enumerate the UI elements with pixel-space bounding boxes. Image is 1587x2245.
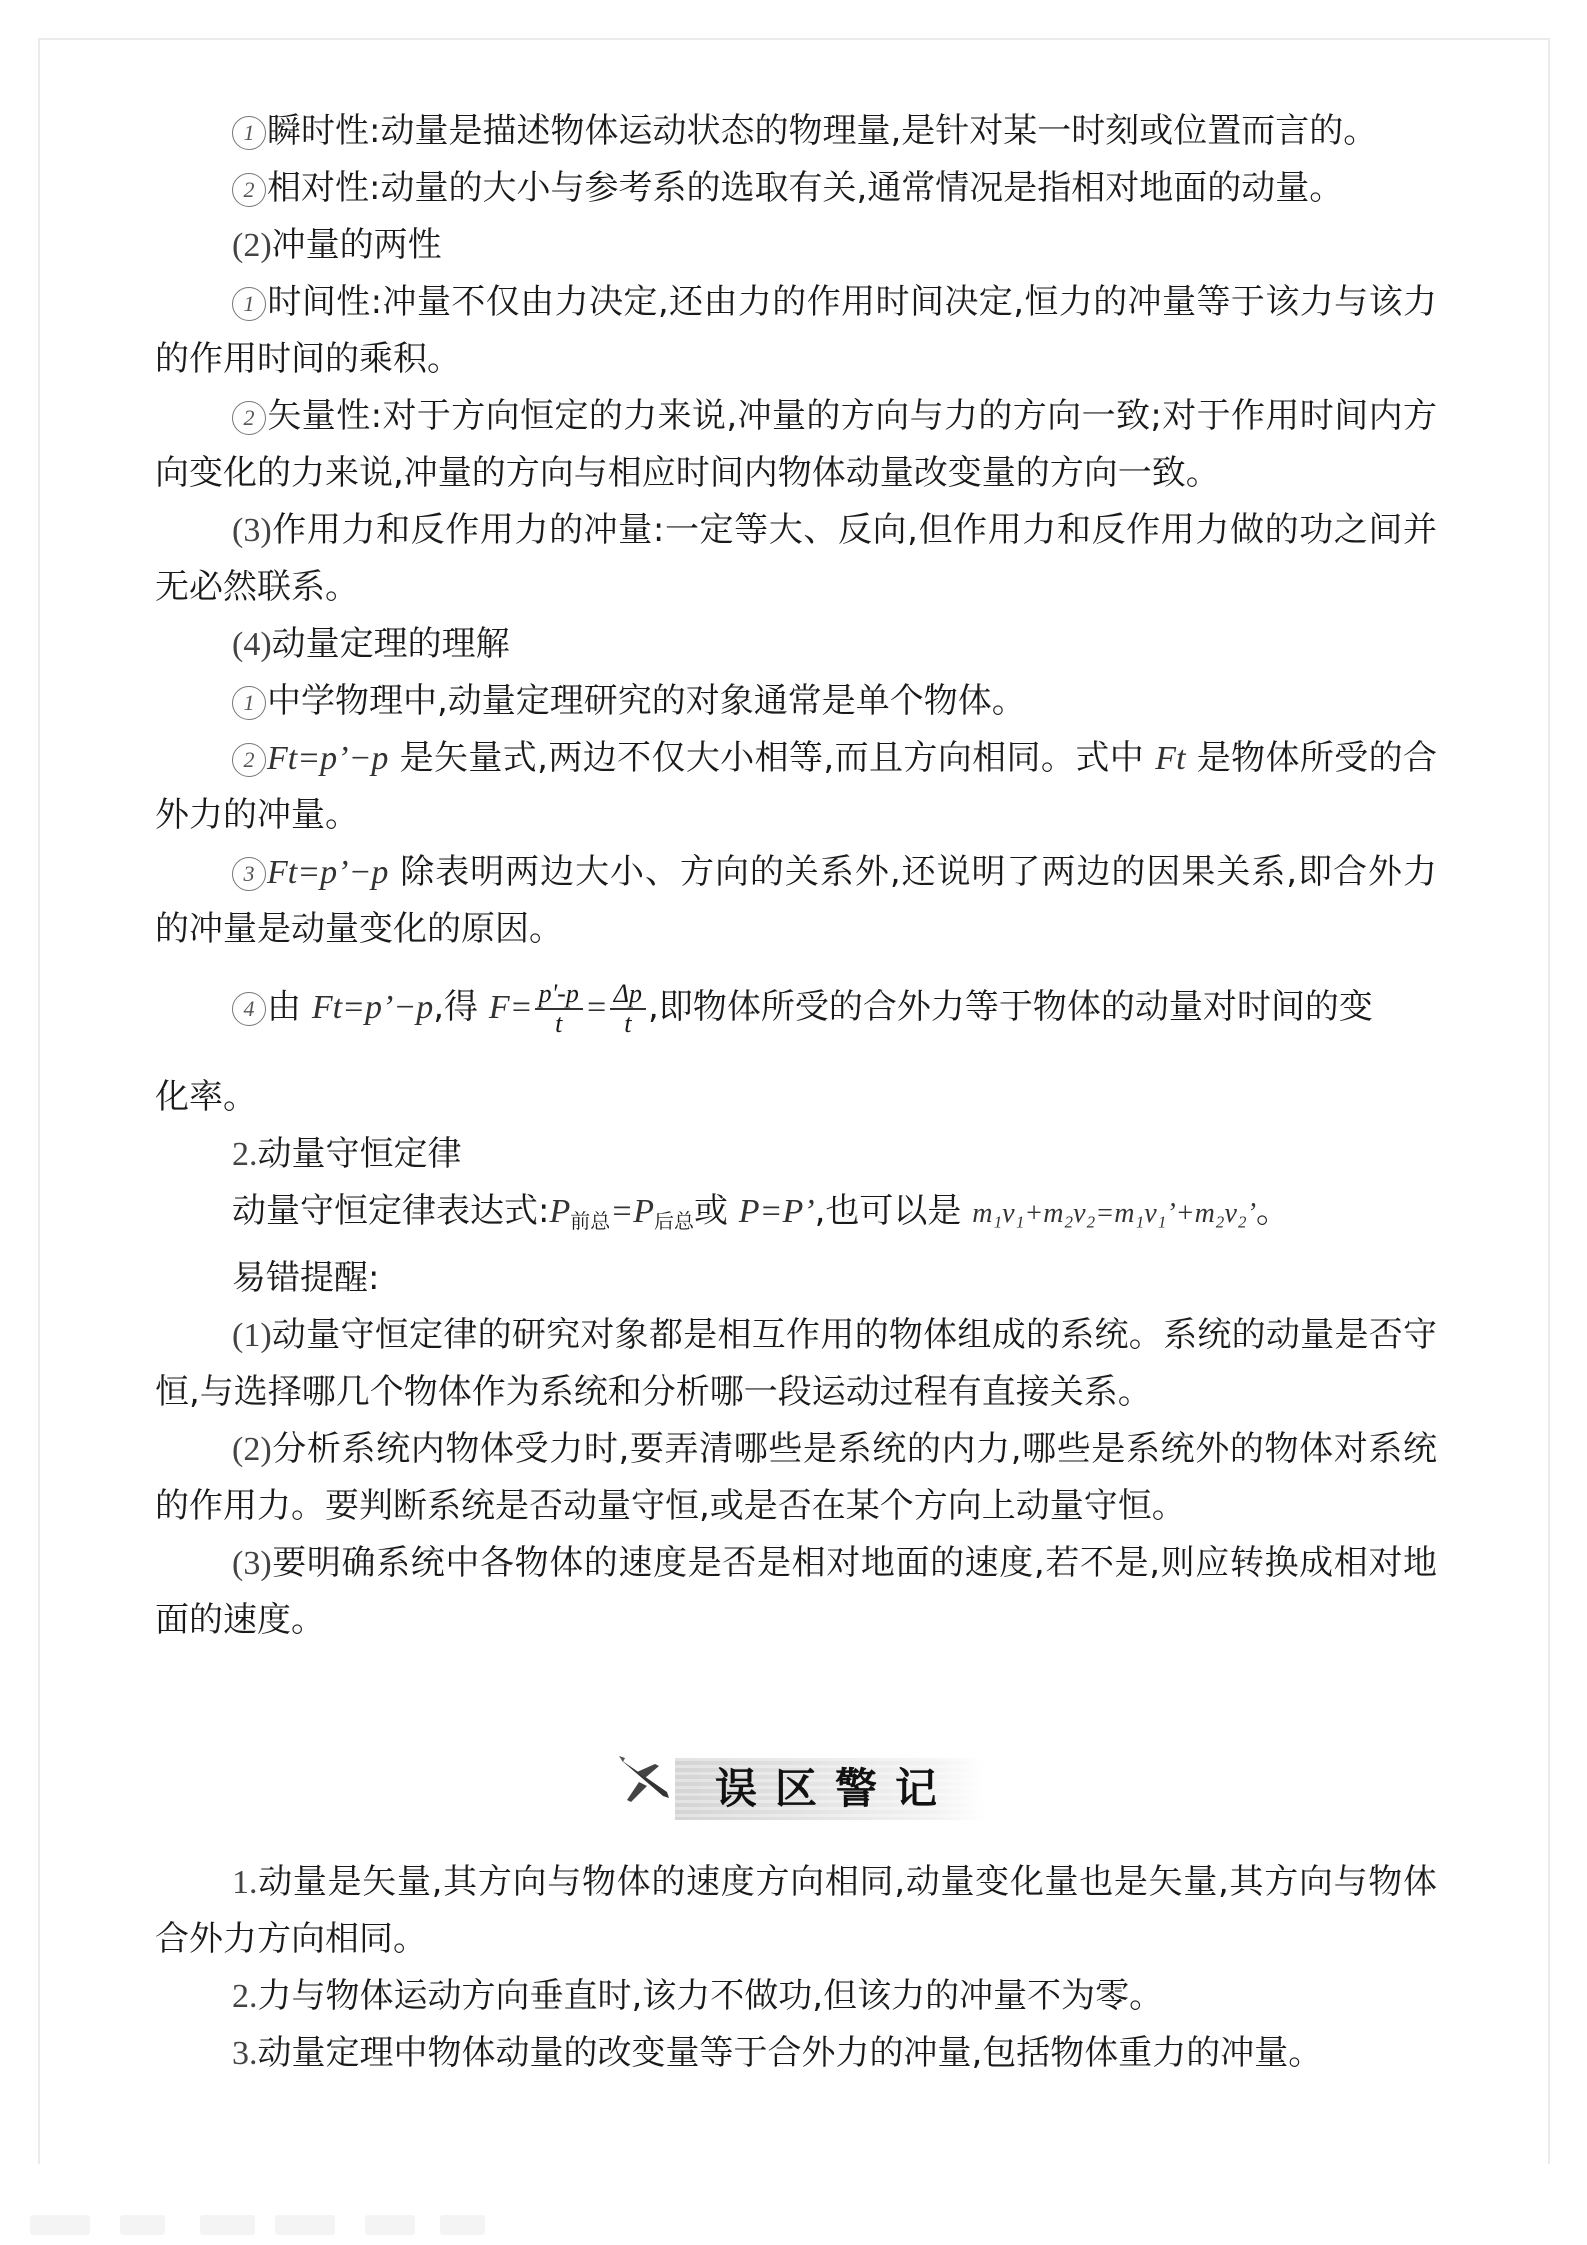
paragraph-conservation-expression: 动量守恒定律表达式:P前总=P后总或 P=P’,也可以是 m₁v₁+m₂v₂=m… bbox=[155, 1183, 1437, 1250]
paragraph-instantaneity: 1瞬时性:动量是描述物体运动状态的物理量,是针对某一时刻或位置而言的。 bbox=[155, 103, 1437, 160]
faded-footer-text bbox=[275, 2215, 335, 2235]
section-banner-mistakes: 误区警记 bbox=[615, 1752, 990, 1824]
document-content: 1瞬时性:动量是描述物体运动状态的物理量,是针对某一时刻或位置而言的。 2相对性… bbox=[155, 100, 1437, 1649]
paragraph-rate-of-change: 4由 Ft=p’−p,得 F=p'-pt=Δpt,即物体所受的合外力等于物体的动… bbox=[155, 972, 1437, 1043]
circled-number-2: 2 bbox=[232, 743, 266, 777]
paragraph-vector-formula: 2Ft=p’−p 是矢量式,两边不仅大小相等,而且方向相同。式中 Ft 是物体所… bbox=[155, 730, 1437, 844]
circled-number-2: 2 bbox=[232, 401, 266, 435]
circled-number-4: 4 bbox=[232, 992, 266, 1026]
paragraph-causality: 3Ft=p’−p 除表明两边大小、方向的关系外,还说明了两边的因果关系,即合外力… bbox=[155, 844, 1437, 958]
mistake-item: 3.动量定理中物体动量的改变量等于合外力的冲量,包括物体重力的冲量。 bbox=[155, 2025, 1437, 2082]
paragraph-rate-of-change-cont: 化率。 bbox=[155, 1069, 1437, 1126]
airplane-icon bbox=[615, 1752, 675, 1812]
fraction: p'-pt bbox=[535, 980, 583, 1038]
formula: Ft=p’−p bbox=[267, 854, 388, 891]
banner-title: 误区警记 bbox=[715, 1758, 955, 1820]
fraction: Δpt bbox=[610, 980, 646, 1038]
faded-footer-text bbox=[440, 2215, 485, 2235]
paragraph-single-object: 1中学物理中,动量定理研究的对象通常是单个物体。 bbox=[155, 673, 1437, 730]
paragraph-system-object: (1)动量守恒定律的研究对象都是相互作用的物体组成的系统。系统的动量是否守恒,与… bbox=[155, 1307, 1437, 1421]
paragraph-action-reaction: (3)作用力和反作用力的冲量:一定等大、反向,但作用力和反作用力做的功之间并无必… bbox=[155, 502, 1437, 616]
paragraph-internal-external-forces: (2)分析系统内物体受力时,要弄清哪些是系统的内力,哪些是系统外的物体对系统的作… bbox=[155, 1421, 1437, 1535]
formula: Ft bbox=[1155, 740, 1185, 777]
paragraph-relative-velocity: (3)要明确系统中各物体的速度是否是相对地面的速度,若不是,则应转换成相对地面的… bbox=[155, 1535, 1437, 1649]
faded-footer-text bbox=[30, 2215, 90, 2235]
paragraph-relativity: 2相对性:动量的大小与参考系的选取有关,通常情况是指相对地面的动量。 bbox=[155, 160, 1437, 217]
heading-common-mistakes: 易错提醒: bbox=[155, 1250, 1437, 1307]
heading-conservation-law: 2.动量守恒定律 bbox=[155, 1126, 1437, 1183]
faded-footer-text bbox=[200, 2215, 255, 2235]
circled-number-1: 1 bbox=[232, 116, 266, 150]
circled-number-1: 1 bbox=[232, 686, 266, 720]
formula: Ft=p’−p bbox=[267, 740, 388, 777]
mistake-item: 2.力与物体运动方向垂直时,该力不做功,但该力的冲量不为零。 bbox=[155, 1968, 1437, 2025]
faded-footer-text bbox=[120, 2215, 165, 2235]
circled-number-3: 3 bbox=[232, 857, 266, 891]
paragraph-vector-property: 2矢量性:对于方向恒定的力来说,冲量的方向与力的方向一致;对于作用时间内方向变化… bbox=[155, 388, 1437, 502]
paragraph-time-property: 1时间性:冲量不仅由力决定,还由力的作用时间决定,恒力的冲量等于该力与该力的作用… bbox=[155, 274, 1437, 388]
formula: m₁v₁+m₂v₂=m₁v₁’+m₂v₂’ bbox=[972, 1198, 1256, 1229]
circled-number-1: 1 bbox=[232, 287, 266, 321]
circled-number-2: 2 bbox=[232, 173, 266, 207]
heading-momentum-theorem: (4)动量定理的理解 bbox=[155, 616, 1437, 673]
mistake-item: 1.动量是矢量,其方向与物体的速度方向相同,动量变化量也是矢量,其方向与物体合外… bbox=[155, 1854, 1437, 1968]
faded-footer-text bbox=[365, 2215, 415, 2235]
mistakes-list: 1.动量是矢量,其方向与物体的速度方向相同,动量变化量也是矢量,其方向与物体合外… bbox=[155, 1854, 1437, 2082]
heading-impulse-two-properties: (2)冲量的两性 bbox=[155, 217, 1437, 274]
formula: Ft=p’−p bbox=[312, 989, 433, 1026]
